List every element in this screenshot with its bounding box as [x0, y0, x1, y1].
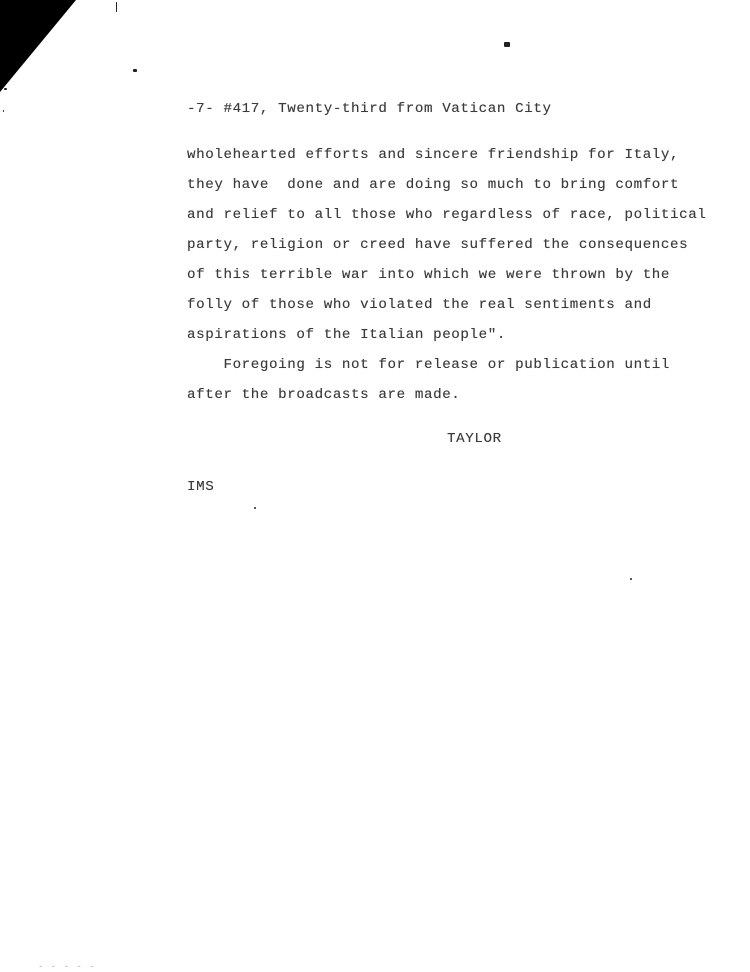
footer-mark: - - - - -	[38, 962, 96, 972]
page-header: -7- #417, Twenty-third from Vatican City	[187, 101, 552, 117]
scanned-corner-fold	[0, 0, 76, 92]
body-line-8: Foregoing is not for release or publicat…	[187, 357, 670, 373]
signature: TAYLOR	[447, 431, 502, 447]
typist-initials: IMS	[187, 479, 214, 495]
scan-speck	[3, 110, 4, 112]
scan-speck	[630, 578, 632, 580]
scan-speck	[504, 42, 510, 47]
body-line-3: and relief to all those who regardless o…	[187, 207, 707, 223]
scan-speck	[116, 2, 117, 12]
body-line-1: wholehearted efforts and sincere friends…	[187, 147, 679, 163]
scan-speck	[4, 88, 7, 90]
body-line-7: aspirations of the Italian people".	[187, 327, 506, 343]
body-line-9: after the broadcasts are made.	[187, 387, 460, 403]
body-line-5: of this terrible war into which we were …	[187, 267, 670, 283]
body-line-6: folly of those who violated the real sen…	[187, 297, 652, 313]
scan-speck	[133, 69, 137, 72]
body-line-4: party, religion or creed have suffered t…	[187, 237, 688, 253]
body-line-2: they have done and are doing so much to …	[187, 177, 679, 193]
scan-speck	[254, 507, 256, 509]
